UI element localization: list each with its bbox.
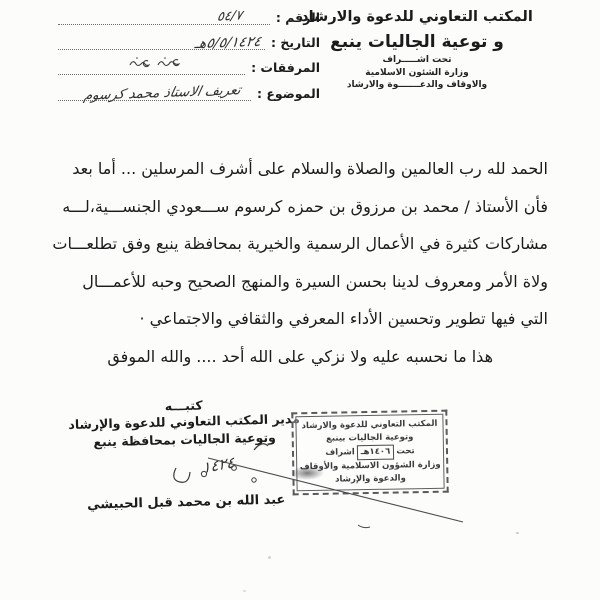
attachments-dotted-line xyxy=(58,58,245,75)
body-line-1: الحمد لله رب العالمين والصلاة والسلام عل… xyxy=(50,150,548,188)
number-label: الرقم : xyxy=(270,10,320,25)
subject-label: الموضوع : xyxy=(251,86,320,101)
letterhead-ministry: وزارة الشئون الاسلامية xyxy=(282,67,552,80)
body-line-5: التي فيها تطوير وتحسين الأداء المعرفي وا… xyxy=(50,300,548,338)
letterhead-supervision: تحت اشـــــراف xyxy=(282,54,552,67)
cutoff-top-line xyxy=(282,0,552,6)
subject-dotted-line: تعريف الاستاذ محمد كرسوم xyxy=(58,84,251,101)
reference-fields: الرقم : ٥٤/٧ التاريخ : ٥/٥/١٤٢٤هـ المرفق… xyxy=(58,0,320,110)
field-number: الرقم : ٥٤/٧ xyxy=(58,8,320,25)
field-subject: الموضوع : تعريف الاستاذ محمد كرسوم xyxy=(58,84,320,101)
stamp-inner-frame: المكتب التعاوني للدعوة والارشاد وتوعية ا… xyxy=(295,414,444,492)
signature-handwritten-year: ١٤٢٤ xyxy=(202,453,234,477)
body-line-2: فأن الأستاذ / محمد بن مرزوق بن حمزه كرسو… xyxy=(50,188,548,226)
body-line-4: ولاة الأمر ومعروف لدينا بحسن السيرة والم… xyxy=(50,263,548,301)
scan-speck xyxy=(516,532,519,534)
attachments-label: المرفقات : xyxy=(245,60,320,75)
date-handwritten-value: ٥/٥/١٤٢٤هـ xyxy=(194,34,263,52)
field-date: التاريخ : ٥/٥/١٤٢٤هـ xyxy=(58,33,320,50)
stamp-office-name: المكتب التعاوني للدعوة والارشاد xyxy=(298,418,440,433)
scanned-letter-page: المكتب التعاوني للدعوة والارشاد و توعية … xyxy=(0,0,600,600)
subject-handwritten-value: تعريف الاستاذ محمد كرسوم xyxy=(83,82,243,104)
body-line-3: مشاركات كثيرة في الأعمال الرسمية والخيري… xyxy=(50,225,548,263)
letterhead: المكتب التعاوني للدعوة والارشاد و توعية … xyxy=(282,0,552,92)
number-handwritten-value: ٥٤/٧ xyxy=(216,8,243,24)
signature-block: كتبـــه مدير المكتب التعاوني للدعوة والإ… xyxy=(65,395,306,513)
date-label: التاريخ : xyxy=(265,35,320,50)
scan-speck xyxy=(268,556,271,559)
handwritten-signature-area: ١٤٢٤ xyxy=(66,446,305,498)
official-stamp: المكتب التعاوني للدعوة والارشاد وتوعية ا… xyxy=(291,410,448,496)
stamp-supervision-label: اشراف xyxy=(325,447,355,458)
letterhead-office-name-2: و توعية الجاليات ينبع xyxy=(282,30,552,54)
number-dotted-line: ٥٤/٧ xyxy=(58,8,270,25)
letterhead-office-name: المكتب التعاوني للدعوة والارشاد xyxy=(282,7,552,27)
field-attachments: المرفقات : xyxy=(58,58,320,75)
scan-speck xyxy=(243,590,246,592)
letter-body: الحمد لله رب العالمين والصلاة والسلام عل… xyxy=(50,150,548,375)
body-closing-line: هذا ما نحسبه عليه ولا نزكي على الله أحد … xyxy=(50,338,548,376)
stamp-under-label: تحت xyxy=(396,446,414,456)
stamp-year-box: ١٤٠٦هـ xyxy=(357,445,395,461)
attachments-handwritten-scribble xyxy=(128,56,190,73)
letterhead-ministry-2: والاوقاف والدعـــــــوة والارشاد xyxy=(282,79,552,92)
date-dotted-line: ٥/٥/١٤٢٤هـ xyxy=(58,33,265,50)
